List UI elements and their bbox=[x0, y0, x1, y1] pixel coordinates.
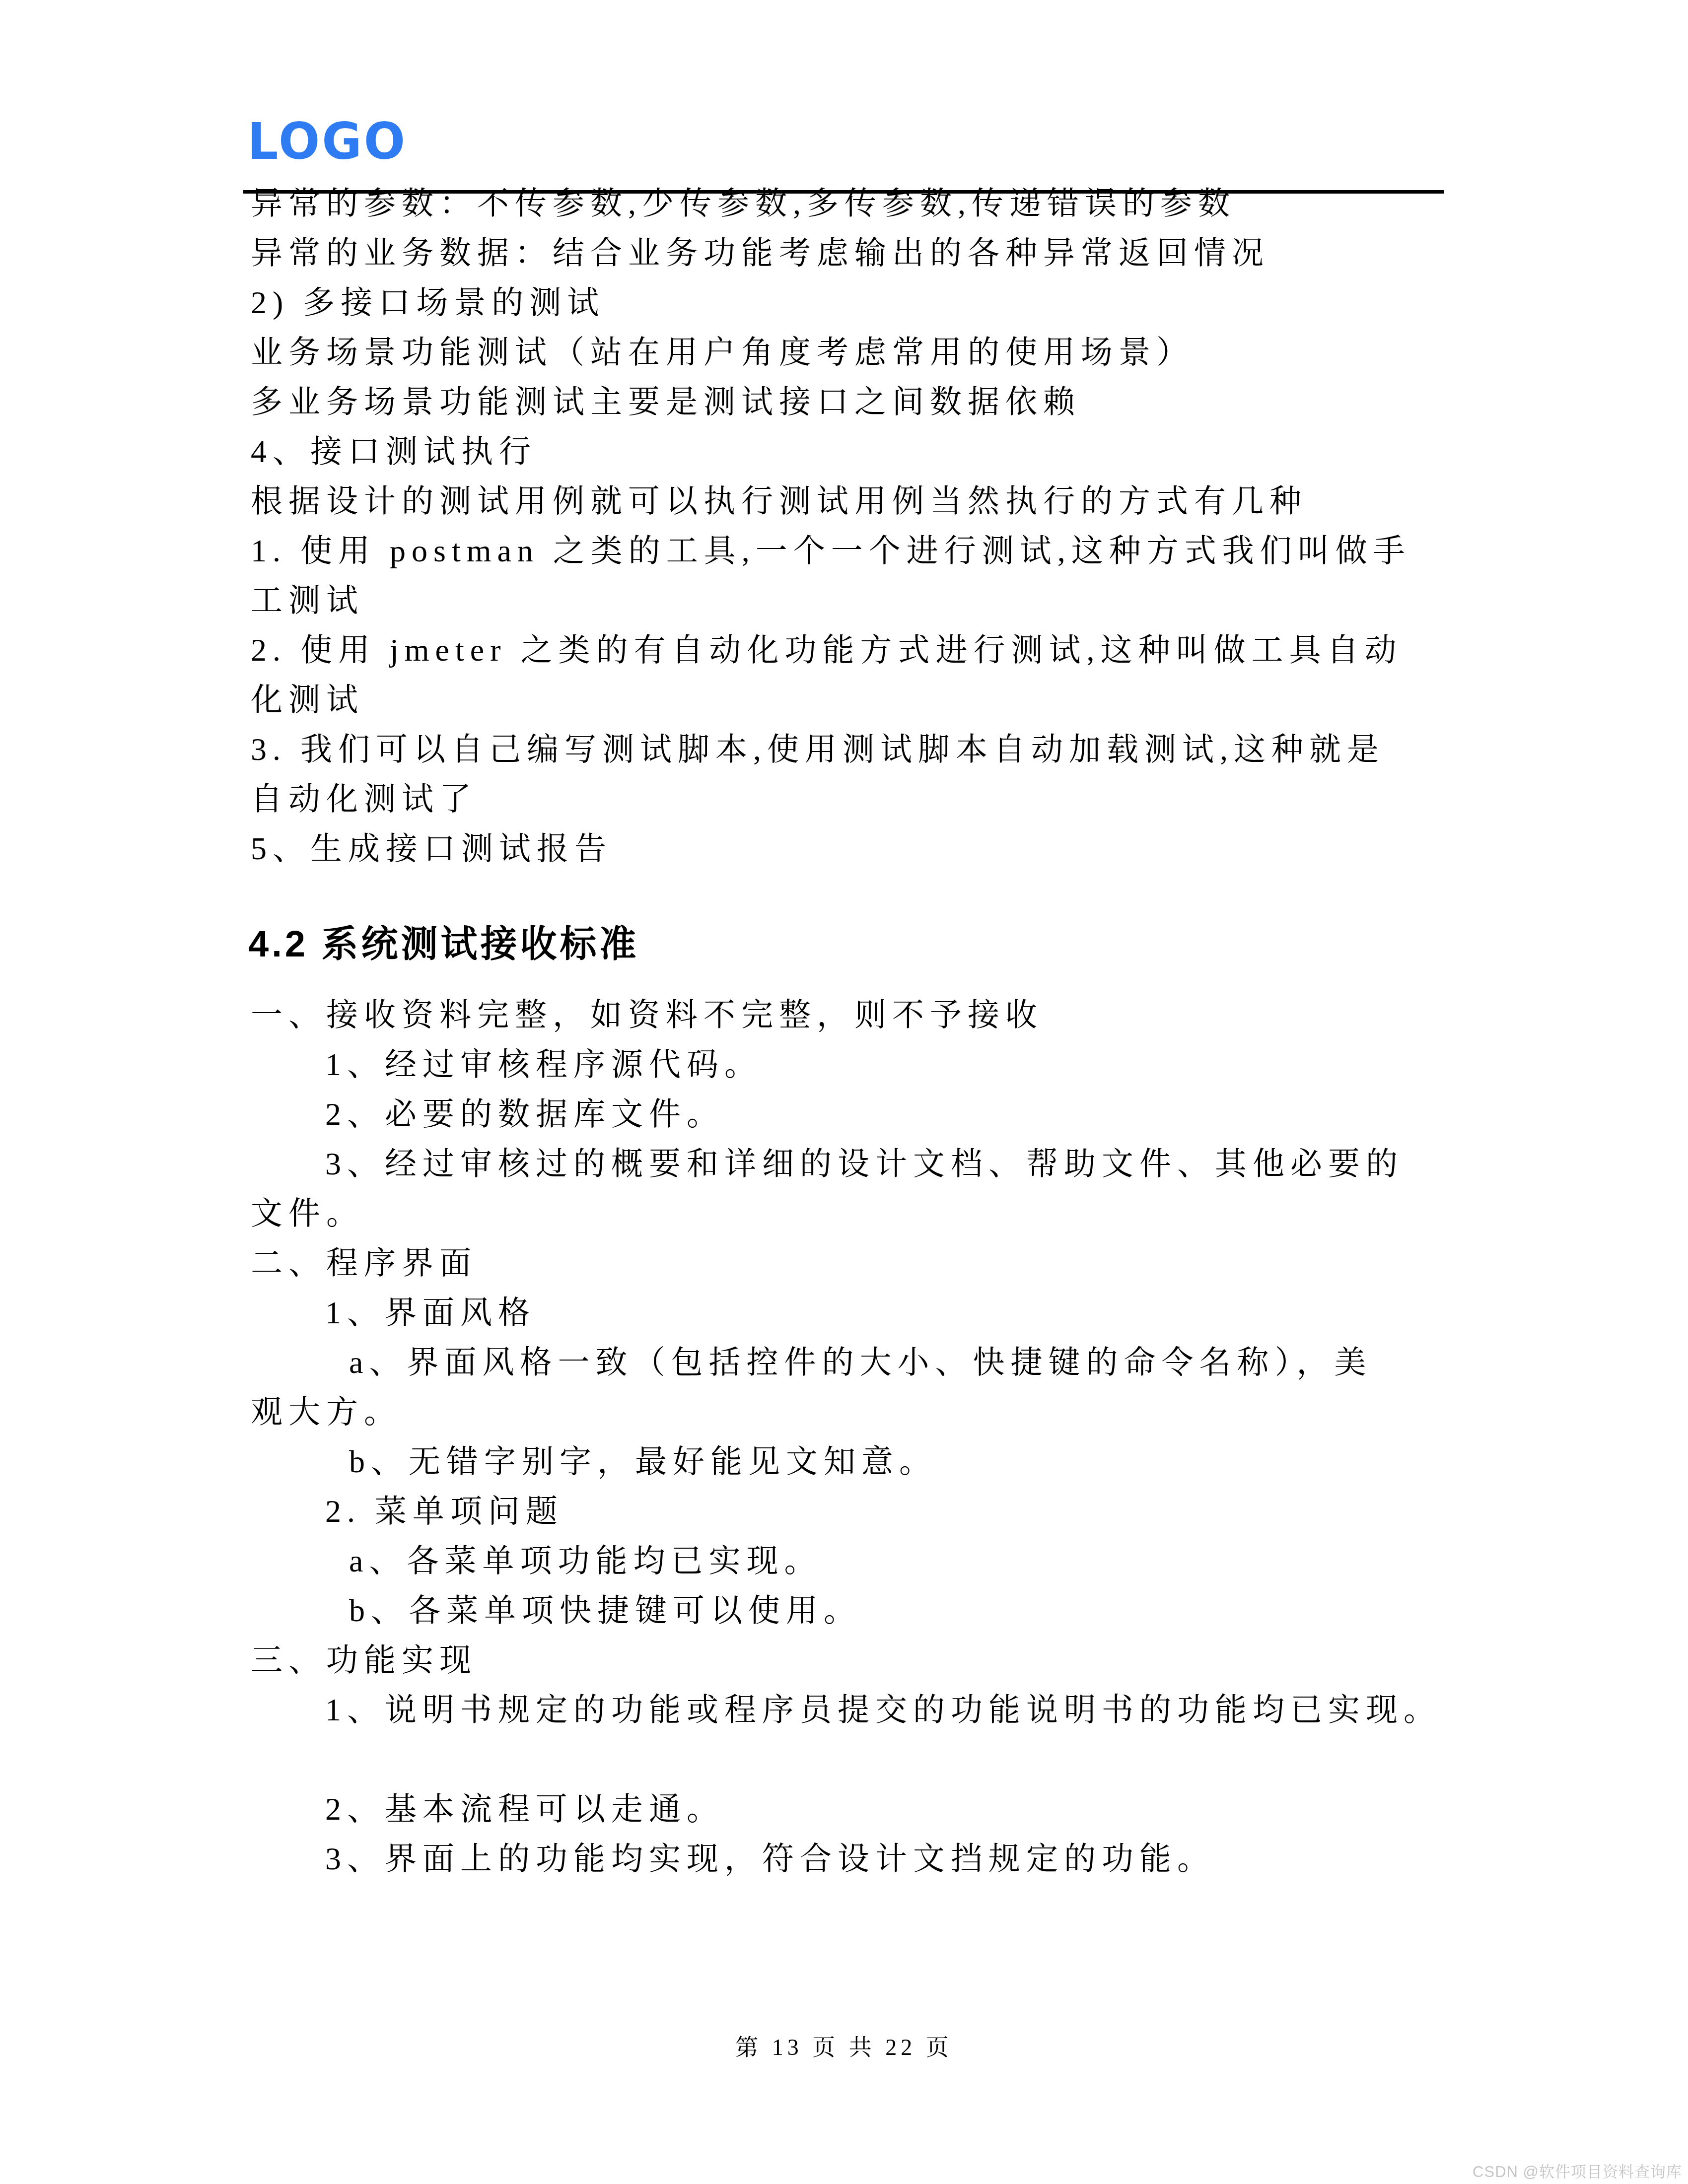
section-heading: 4.2 系统测试接收标准 bbox=[248, 915, 639, 967]
text-line: 3. 我们可以自己编写测试脚本,使用测试脚本自动加载测试,这种就是 bbox=[251, 725, 1656, 774]
text-line: a、界面风格一致（包括控件的大小、快捷键的命令名称），美 bbox=[251, 1338, 1656, 1387]
text-line: 三、功能实现 bbox=[251, 1636, 1656, 1685]
text-line: a、各菜单项功能均已实现。 bbox=[251, 1536, 1656, 1586]
text-line: 化测试 bbox=[251, 675, 1656, 725]
text-line: 根据设计的测试用例就可以执行测试用例当然执行的方式有几种 bbox=[251, 477, 1656, 526]
text-line: 1. 使用 postman 之类的工具,一个一个进行测试,这种方式我们叫做手 bbox=[251, 526, 1656, 576]
text-line: 2、必要的数据库文件。 bbox=[251, 1090, 1656, 1139]
text-line: 二、程序界面 bbox=[251, 1238, 1656, 1288]
text-line: 1、界面风格 bbox=[251, 1288, 1656, 1338]
text-line: 工测试 bbox=[251, 576, 1656, 625]
text-line: 观大方。 bbox=[251, 1387, 1656, 1437]
text-line: 3、经过审核过的概要和详细的设计文档、帮助文件、其他必要的 bbox=[251, 1139, 1656, 1189]
text-line: 2、基本流程可以走通。 bbox=[251, 1784, 1656, 1834]
text-line: 1、说明书规定的功能或程序员提交的功能说明书的功能均已实现。 bbox=[251, 1685, 1656, 1735]
text-line: 自动化测试了 bbox=[251, 774, 1656, 824]
text-line: b、无错字别字，最好能见文知意。 bbox=[251, 1437, 1656, 1487]
text-line: 2. 使用 jmeter 之类的有自动化功能方式进行测试,这种叫做工具自动 bbox=[251, 625, 1656, 675]
section-acceptance-criteria: 一、接收资料完整，如资料不完整，则不予接收1、经过审核程序源代码。2、必要的数据… bbox=[251, 990, 1656, 1884]
watermark: CSDN @软件项目资料查询库 bbox=[1473, 2159, 1682, 2182]
page-number: 第 13 页 共 22 页 bbox=[0, 2029, 1688, 2062]
text-line: 业务场景功能测试（站在用户角度考虑常用的使用场景） bbox=[251, 328, 1656, 377]
text-line: b、各菜单项快捷键可以使用。 bbox=[251, 1586, 1656, 1636]
text-line: 4、接口测试执行 bbox=[251, 427, 1656, 477]
text-line: 异常的参数：不传参数,少传参数,多传参数,传递错误的参数 bbox=[251, 179, 1656, 228]
text-line: 文件。 bbox=[251, 1189, 1656, 1238]
text-line: 3、界面上的功能均实现，符合设计文挡规定的功能。 bbox=[251, 1834, 1656, 1884]
text-line: 一、接收资料完整，如资料不完整，则不予接收 bbox=[251, 990, 1656, 1040]
text-line: 异常的业务数据：结合业务功能考虑输出的各种异常返回情况 bbox=[251, 228, 1656, 278]
text-line: 2. 菜单项问题 bbox=[251, 1487, 1656, 1536]
text-line: 1、经过审核程序源代码。 bbox=[251, 1040, 1656, 1090]
section-interface-testing: 异常的参数：不传参数,少传参数,多传参数,传递错误的参数异常的业务数据：结合业务… bbox=[251, 179, 1656, 874]
logo: LOGO bbox=[247, 113, 407, 170]
text-line: 多业务场景功能测试主要是测试接口之间数据依赖 bbox=[251, 377, 1656, 427]
document-page: LOGO 异常的参数：不传参数,少传参数,多传参数,传递错误的参数异常的业务数据… bbox=[0, 0, 1688, 2184]
text-line: 2) 多接口场景的测试 bbox=[251, 278, 1656, 328]
text-line: 5、生成接口测试报告 bbox=[251, 824, 1656, 874]
text-line bbox=[251, 1735, 1656, 1784]
